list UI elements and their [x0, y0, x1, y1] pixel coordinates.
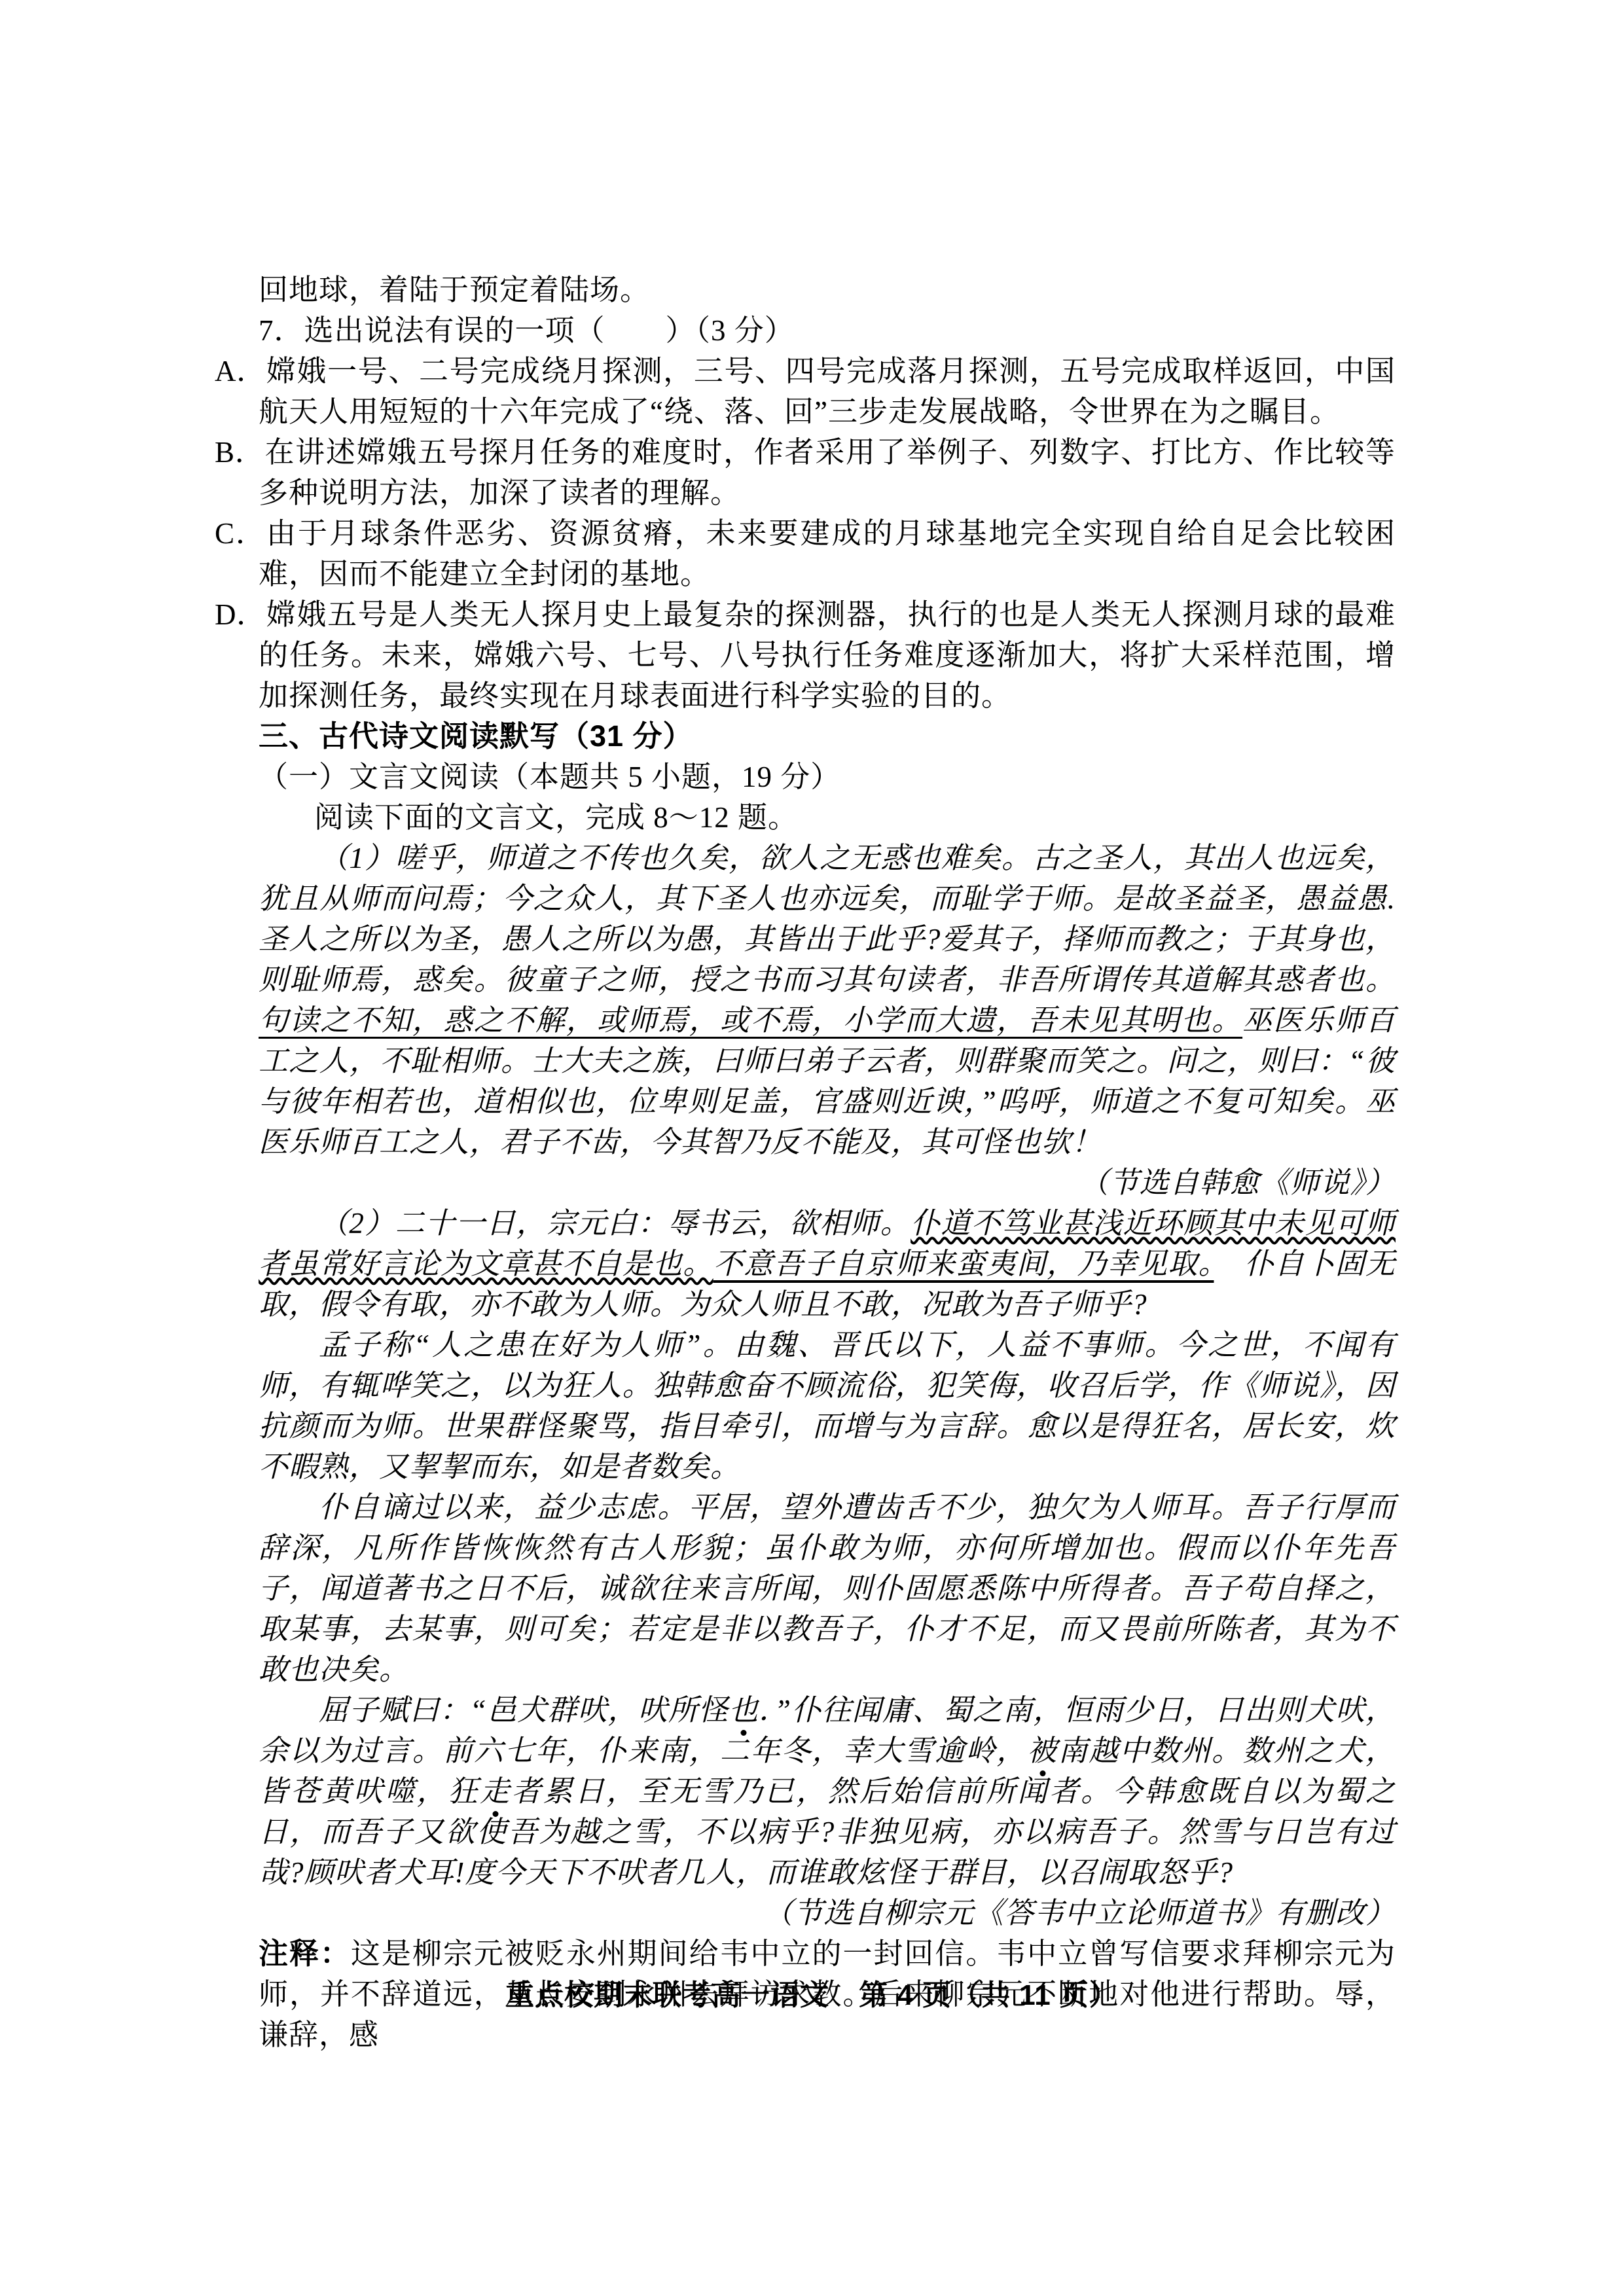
option-a: A．嫦娥一号、二号完成绕月探测，三号、四号完成落月探测，五号完成取样返回，中国航…	[259, 351, 1396, 432]
passage-1-text-pre: （1）嗟乎，师道之不传也久矣，欲人之无惑也难矣。古之圣人，其出人也远矣，犹且从师…	[259, 842, 1396, 996]
option-b: B．在讲述嫦娥五号探月任务的难度时，作者采用了举例子、列数字、打比方、作比较等多…	[259, 432, 1396, 513]
option-b-text: 在讲述嫦娥五号探月任务的难度时，作者采用了举例子、列数字、打比方、作比较等多种说…	[259, 436, 1396, 509]
passage-2-para-4-segment: 屈子赋曰：“邑犬群吠，吠所怪	[319, 1694, 729, 1727]
option-a-label: A．	[215, 355, 266, 387]
note-label: 注释：	[259, 1937, 351, 1970]
passage-1: （1）嗟乎，师道之不传也久矣，欲人之无惑也难矣。古之圣人，其出人也远矣，犹且从师…	[259, 838, 1396, 1162]
emphasis-dot-char-ye: 也	[729, 1694, 759, 1727]
option-a-text: 嫦娥一号、二号完成绕月探测，三号、四号完成落月探测，五号完成取样返回，中国航天人…	[259, 355, 1396, 428]
passage-2-para-1: （2）二十一日，宗元白：辱书云，欲相师。仆道不笃业甚浅近环顾其中未见可师者虽常好…	[259, 1203, 1396, 1325]
option-d-text: 嫦娥五号是人类无人探月史上最复杂的探测器，执行的也是人类无人探测月球的最难的任务…	[259, 598, 1396, 712]
emphasis-dot-char-zou: 走	[480, 1775, 511, 1808]
option-b-label: B．	[215, 436, 264, 469]
option-d-label: D．	[215, 598, 266, 631]
passage-2-para-4: 屈子赋曰：“邑犬群吠，吠所怪也．”仆往闻庸、蜀之南，恒雨少日，日出则犬吠，余以为…	[259, 1690, 1396, 1893]
exam-page: 回地球，着陆于预定着陆场。 7．选出说法有误的一项（ ）（3 分） A．嫦娥一号…	[0, 0, 1624, 2296]
option-c: C．由于月球条件恶劣、资源贫瘠，未来要建成的月球基地完全实现自给自足会比较困难，…	[259, 513, 1396, 594]
emphasis-dot-char-bei: 被	[1027, 1734, 1058, 1767]
passage-1-attribution: （节选自韩愈《师说》）	[259, 1162, 1396, 1203]
passage-2-attribution: （节选自柳宗元《答韦中立论师道书》有删改）	[259, 1893, 1396, 1933]
passage-2-para-3: 仆自谪过以来，益少志虑。平居，望外遭齿舌不少，独欠为人师耳。吾子行厚而辞深，凡所…	[259, 1487, 1396, 1690]
carryover-line: 回地球，着陆于预定着陆场。	[259, 270, 1396, 310]
passage-1-underlined-text: 句读之不知，惑之不解，或师焉，或不焉，小学而大遗，吾未见其明也。	[259, 1004, 1242, 1037]
reading-instruction: 阅读下面的文言文，完成 8～12 题。	[259, 797, 1396, 838]
question-7-number: 7．	[259, 314, 304, 347]
page-content: 回地球，着陆于预定着陆场。 7．选出说法有误的一项（ ）（3 分） A．嫦娥一号…	[259, 270, 1396, 2055]
section-3-heading: 三、古代诗文阅读默写（31 分）	[259, 716, 1396, 757]
question-7-stem: 选出说法有误的一项（ ）（3 分）	[304, 314, 795, 347]
option-c-label: C．	[215, 517, 266, 550]
section-3-subheading: （一）文言文阅读（本题共 5 小题，19 分）	[259, 757, 1396, 797]
page-footer: 重点校期末联考高一语文 第 4 页（共 11 页）	[0, 1971, 1624, 2013]
option-d: D．嫦娥五号是人类无人探月史上最复杂的探测器，执行的也是人类无人探测月球的最难的…	[259, 594, 1396, 716]
passage-2-para-2: 孟子称“人之患在好为人师”。由魏、晋氏以下，人益不事师。今之世，不闻有师，有辄哗…	[259, 1325, 1396, 1487]
option-c-text: 由于月球条件恶劣、资源贫瘠，未来要建成的月球基地完全实现自给自足会比较困难，因而…	[259, 517, 1396, 590]
passage-2-text-pre: （2）二十一日，宗元白：辱书云，欲相师。	[319, 1207, 911, 1240]
passage-2-underlined-text: 不意吾子自京师来蛮夷间，乃幸见取。	[713, 1247, 1214, 1280]
question-7: 7．选出说法有误的一项（ ）（3 分）	[259, 310, 1396, 351]
